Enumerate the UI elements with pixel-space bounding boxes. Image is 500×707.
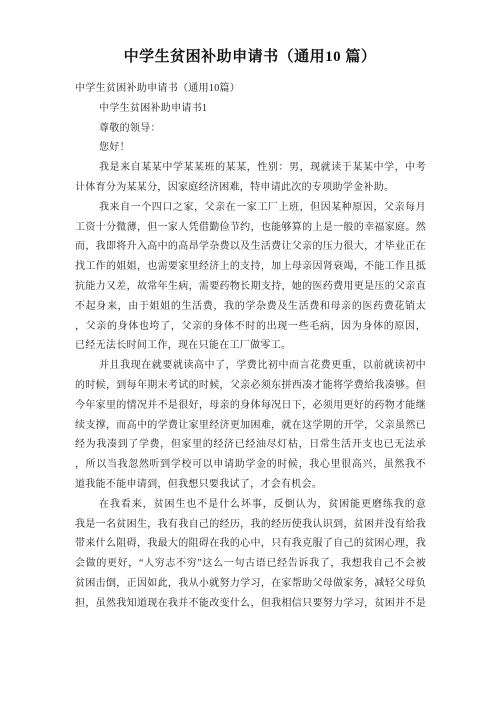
text-line: 计体育分为某某分，因家庭经济困难，特申请此次的专项助学金补助。 (75, 178, 426, 198)
paragraph: 中学生贫困补助申请书（通用10篇） (75, 79, 426, 99)
text-line: 已经无法长时间工作，现在只能在工厂做零工。 (75, 336, 426, 356)
document-title: 中学生贫困补助申请书（通用10 篇） (0, 46, 500, 68)
paragraph: 中学生贫困补助申请书1 (75, 99, 426, 119)
text-line: 不起身来，由于姐姐的生活费，我的学杂费及生活费和母亲的医药费花销太 大 (75, 297, 426, 317)
text-line: 的时候，到每年期末考试的时候，父亲必须东拼西凑才能将学费给我凑够。但 (75, 376, 426, 396)
paragraph: 并且我现在就要就读高中了，学费比初中而言花费更重，以前就读初中的的时候，到每年期… (75, 356, 426, 495)
text-line: 续支撑，而高中的学费让家里经济更加困难，就在这学期的开学，父亲虽然已 (75, 416, 426, 436)
text-line: 经为我凑到了学费，但家里的经济已经油尽灯枯，日常生活开支也已无法承 担 (75, 435, 426, 455)
text-line: 今年家里的情况并不是很好，母亲的身体每况日下，必须用更好的药物才能继 (75, 396, 426, 416)
text-line: 会做的更好，“人穷志不穷”这么一句古语已经告诉我了，我想我自己不会被 (75, 554, 426, 574)
text-line: 中学生贫困补助申请书（通用10篇） (75, 79, 426, 99)
paragraph: 我来自一个四口之家，父亲在一家工厂上班，但因某种原因，父亲每月的工资十分微薄，但… (75, 198, 426, 356)
text-line: 并且我现在就要就读高中了，学费比初中而言花费更重，以前就读初中的 (75, 356, 426, 376)
text-line: ，父亲的身体也垮了，父亲的身体不时的出现一些毛病，因为身体的原因， 他 (75, 317, 426, 337)
text-line: 您好！ (75, 138, 426, 158)
text-line: 我是来自某某中学某某班的某某，性别：男，现就读于某某中学，中考不 (75, 158, 426, 178)
text-line: 我来自一个四口之家，父亲在一家工厂上班，但因某种原因，父亲每月的 (75, 198, 426, 218)
paragraph: 在我看来，贫困生也不是什么坏事，反倒认为，贫困能更磨练我的意志，我是一名贫困生，… (75, 495, 426, 614)
text-line: 贫困击倒，正因如此，我从小就努力学习，在家帮助父母做家务，减轻父母负 (75, 574, 426, 594)
text-line: 带来什么阻碍，我最大的阻碍在我的心中，只有我克服了自己的贫困心理，我 (75, 534, 426, 554)
text-line: 担，虽然我知道现在我并不能改变什么，但我相信只要努力学习，贫困并不是 (75, 594, 426, 614)
text-line: 在我看来，贫困生也不是什么坏事，反倒认为，贫困能更磨练我的意志， (75, 495, 426, 515)
text-line: 工资十分微薄，但一家人凭借勤俭节约，也能够算的上是一般的幸福家庭。然 (75, 218, 426, 238)
text-line: 而，我即将升入高中的高昂学杂费以及生活费让父亲的压力很大，才毕业正在 (75, 237, 426, 257)
text-line: ，所以当我忽然听到学校可以申请助学金的时候，我心里很高兴，虽然我不 知 (75, 455, 426, 475)
text-line: 中学生贫困补助申请书1 (75, 99, 426, 119)
paragraph: 您好！ (75, 138, 426, 158)
paragraph: 尊敬的领导： (75, 119, 426, 139)
document-body: 中学生贫困补助申请书（通用10篇）中学生贫困补助申请书1尊敬的领导：您好！我是来… (75, 79, 426, 614)
paragraph: 我是来自某某中学某某班的某某，性别：男，现就读于某某中学，中考不计体育分为某某分… (75, 158, 426, 198)
text-line: 找工作的姐姐，也需要家里经济上的支持，加上母亲因肾衰竭，不能工作且抵 (75, 257, 426, 277)
text-line: 道我能不能申请到，但我想只要我试了，才会有机会。 (75, 475, 426, 495)
text-line: 抗能力又差，故常年生病，需要药物长期支持，她的医药费用更是压的父亲直 (75, 277, 426, 297)
text-line: 我是一名贫困生，我有我自己的经历，我的经历使我认识到，贫困并没有给我 (75, 515, 426, 535)
text-line: 尊敬的领导： (75, 119, 426, 139)
document-page: 中学生贫困补助申请书（通用10 篇） 中学生贫困补助申请书（通用10篇）中学生贫… (0, 0, 500, 707)
